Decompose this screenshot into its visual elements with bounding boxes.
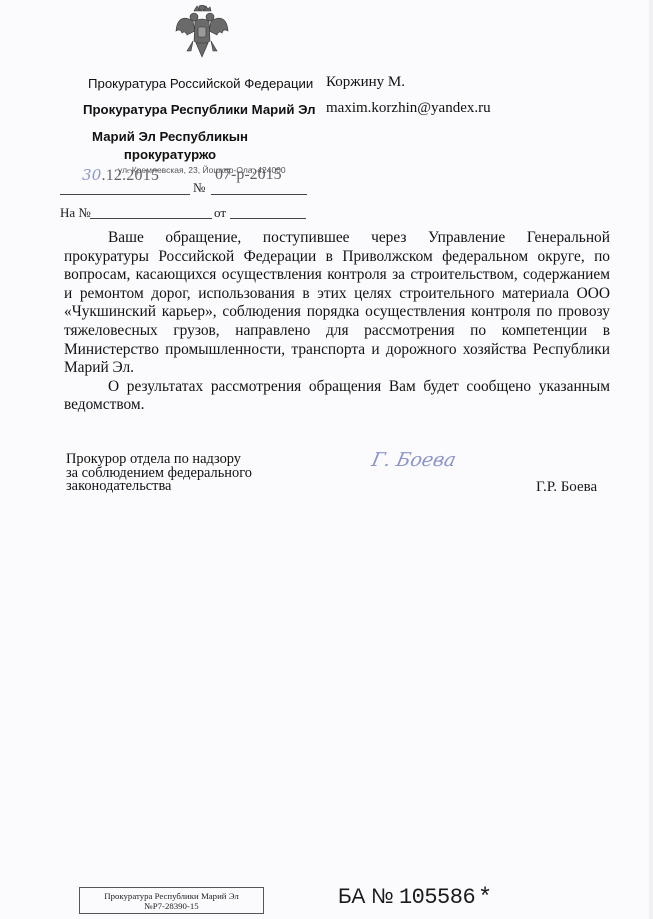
signer-title-line: законодательства: [66, 480, 252, 494]
body-paragraph: Ваше обращение, поступившее через Управл…: [64, 229, 610, 378]
form-serial-number: БА № 105586 *: [338, 882, 490, 910]
org-name-regional: Прокуратура Республики Марий Эл: [83, 102, 316, 117]
org-address: ул. Кремлевская, 23, Йошкар-Ола, 424000: [118, 165, 286, 175]
asterisk-icon: *: [480, 882, 489, 909]
org-name-mari-line-1: Марий Эл Республикын: [0, 128, 340, 146]
from-underline: [230, 218, 306, 219]
handwritten-signature: Г. Боева: [370, 449, 458, 471]
signer-name: Г.Р. Боева: [536, 479, 597, 496]
page-edge: [649, 0, 653, 919]
org-name-federal: Прокуратура Российской Федерации: [88, 76, 313, 91]
handwritten-day: 30: [82, 166, 102, 184]
registry-stamp-line-2: №Р7-28390-15: [80, 901, 263, 911]
form-number: 105586: [399, 885, 475, 910]
body-paragraph: О результатах рассмотрения обращения Вам…: [64, 378, 610, 415]
number-label: №: [193, 180, 205, 196]
form-prefix: БА №: [338, 885, 394, 908]
date-underline: [60, 194, 190, 195]
registry-stamp-box: Прокуратура Республики Марий Эл №Р7-2839…: [79, 887, 264, 914]
recipient-email: maxim.korzhin@yandex.ru: [326, 100, 491, 117]
signer-title: Прокурор отдела по надзору за соблюдение…: [66, 453, 252, 494]
from-label: от: [214, 205, 226, 221]
registry-stamp-line-1: Прокуратура Республики Марий Эл: [80, 891, 263, 901]
number-underline: [211, 194, 307, 195]
reply-to-label: На №: [60, 205, 91, 221]
letter-body: Ваше обращение, поступившее через Управл…: [64, 229, 610, 415]
coat-of-arms-icon: [173, 5, 231, 63]
org-name-mari-line-2: прокуратуржо: [0, 146, 340, 164]
recipient-name: Коржину М.: [326, 74, 405, 91]
reply-to-underline: [90, 218, 212, 219]
org-name-mari: Марий Эл Республикын прокуратуржо: [0, 128, 340, 164]
